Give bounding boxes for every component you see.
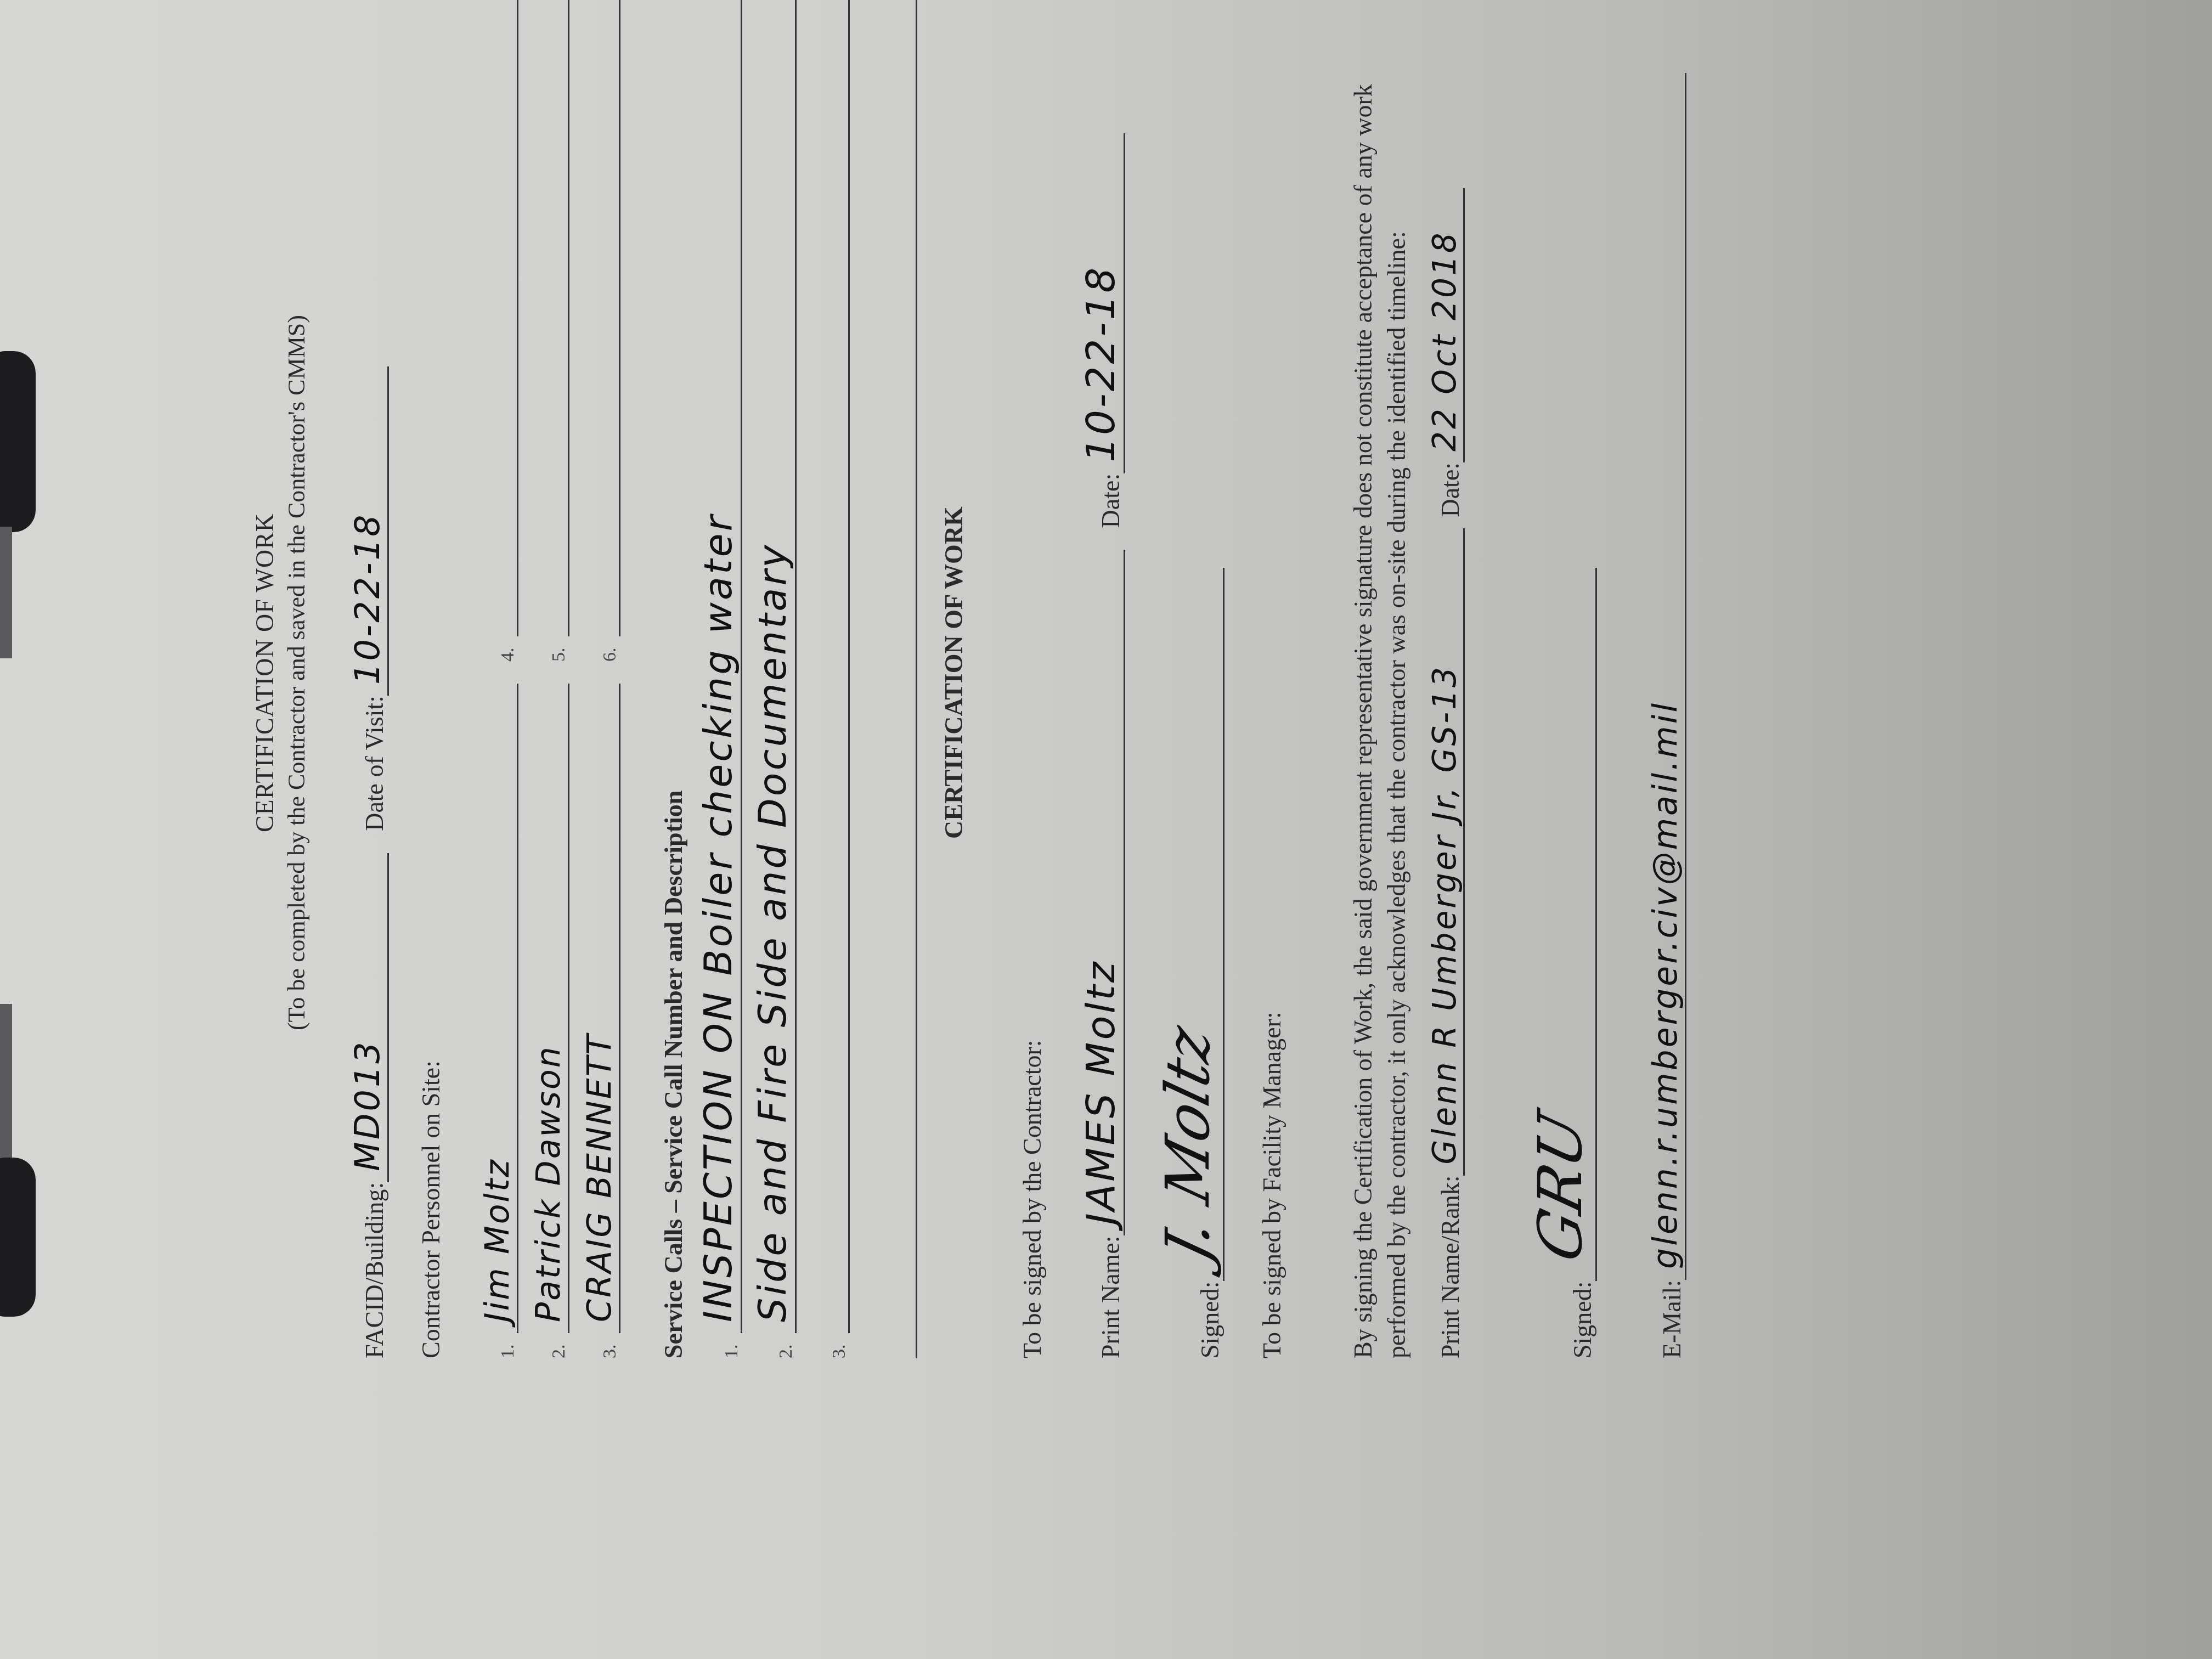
personnel-field[interactable]: CRAIG BENNETT: [580, 684, 620, 1333]
clipboard-clip: [0, 1158, 36, 1317]
service-call-item: 2.Side and Fire Side and Documentary: [750, 0, 797, 1358]
fm-signed-row: Signed: GRU: [1525, 0, 1597, 1358]
service-call-field[interactable]: INSPECTION ON Boiler checking water: [696, 0, 742, 1333]
disclaimer-text: By signing the Certification of Work, th…: [1347, 14, 1413, 1358]
fm-print-row: Print Name/Rank: Glenn R Umberger Jr, GS…: [1414, 0, 1465, 1358]
divider: [916, 0, 917, 1358]
personnel-item: 4.: [478, 0, 518, 662]
contractor-heading: To be signed by the Contractor:: [1018, 0, 1047, 1358]
fm-date-field[interactable]: 22 Oct 2018: [1414, 188, 1465, 462]
facid-row: FACID/Building: MD013 Date of Visit: 10-…: [349, 0, 389, 1358]
personnel-field[interactable]: [478, 0, 518, 636]
personnel-field[interactable]: [529, 0, 569, 636]
service-call-field[interactable]: Side and Fire Side and Documentary: [750, 0, 797, 1333]
fm-signature: GRU: [1525, 1105, 1595, 1291]
personnel-field[interactable]: Jim Moltz: [478, 684, 518, 1333]
personnel-item: 1.Jim Moltz: [478, 684, 518, 1358]
service-calls-heading: Service Calls – Service Call Number and …: [659, 0, 688, 1358]
contractor-print-name-label: Print Name:: [1096, 1235, 1125, 1358]
personnel-item: 5.: [529, 0, 569, 662]
personnel-heading-row: Contractor Personnel on Site:: [416, 0, 445, 1358]
facid-field[interactable]: MD013: [349, 853, 389, 1182]
personnel-label: Contractor Personnel on Site:: [416, 1060, 445, 1358]
contractor-print-row: Print Name: JAMES Moltz Date: 10-22-18: [1074, 0, 1125, 1358]
fm-email-field[interactable]: glenn.r.umberger.civ@mail.mil: [1635, 73, 1686, 1280]
fm-date-label: Date:: [1436, 462, 1465, 517]
service-call-field[interactable]: [804, 0, 850, 1333]
fm-signed-label: Signed:: [1568, 1281, 1597, 1358]
personnel-item: 3.CRAIG BENNETT: [580, 684, 620, 1358]
contractor-date-field[interactable]: 10-22-18: [1074, 133, 1125, 473]
paper-page: CERTIFICATION OF WORK (To be completed b…: [129, 0, 2083, 1528]
personnel-field[interactable]: Patrick Dawson: [529, 684, 569, 1333]
clipboard-clip: [0, 351, 36, 532]
contractor-date-label: Date:: [1096, 473, 1125, 528]
document-subtitle: (To be completed by the Contractor and s…: [283, 0, 311, 1358]
service-call-item: 1.INSPECTION ON Boiler checking water: [696, 0, 742, 1358]
personnel-item: 6.: [580, 0, 620, 662]
contractor-signed-row: Signed: J. Moltz: [1153, 0, 1224, 1358]
document-title: CERTIFICATION OF WORK: [250, 0, 279, 1358]
visit-date-label: Date of Visit:: [360, 696, 389, 831]
fm-email-label: E-Mail:: [1657, 1280, 1686, 1358]
contractor-signature: J. Moltz: [1153, 1019, 1223, 1291]
clipboard-bar: [0, 527, 12, 658]
fm-print-name-label: Print Name/Rank:: [1436, 1176, 1465, 1358]
clipboard-bar: [0, 1004, 12, 1169]
facility-manager-heading: To be signed by Facility Manager:: [1257, 0, 1286, 1358]
certification-heading: CERTIFICATION OF WORK: [939, 0, 968, 1358]
personnel-field[interactable]: [580, 0, 620, 636]
facid-label: FACID/Building:: [360, 1182, 389, 1358]
fm-print-name-field[interactable]: Glenn R Umberger Jr, GS-13: [1414, 528, 1465, 1176]
contractor-print-name-field[interactable]: JAMES Moltz: [1074, 550, 1125, 1235]
fm-email-row: E-Mail: glenn.r.umberger.civ@mail.mil: [1635, 0, 1686, 1358]
fm-signature-field[interactable]: GRU: [1525, 568, 1597, 1281]
contractor-signed-label: Signed:: [1195, 1281, 1224, 1358]
personnel-list: 1.Jim Moltz 2.Patrick Dawson 3.CRAIG BEN…: [467, 0, 620, 1358]
contractor-signature-field[interactable]: J. Moltz: [1153, 568, 1224, 1281]
service-call-item: 3.: [804, 0, 850, 1358]
visit-date-field[interactable]: 10-22-18: [349, 366, 389, 696]
personnel-item: 2.Patrick Dawson: [529, 684, 569, 1358]
